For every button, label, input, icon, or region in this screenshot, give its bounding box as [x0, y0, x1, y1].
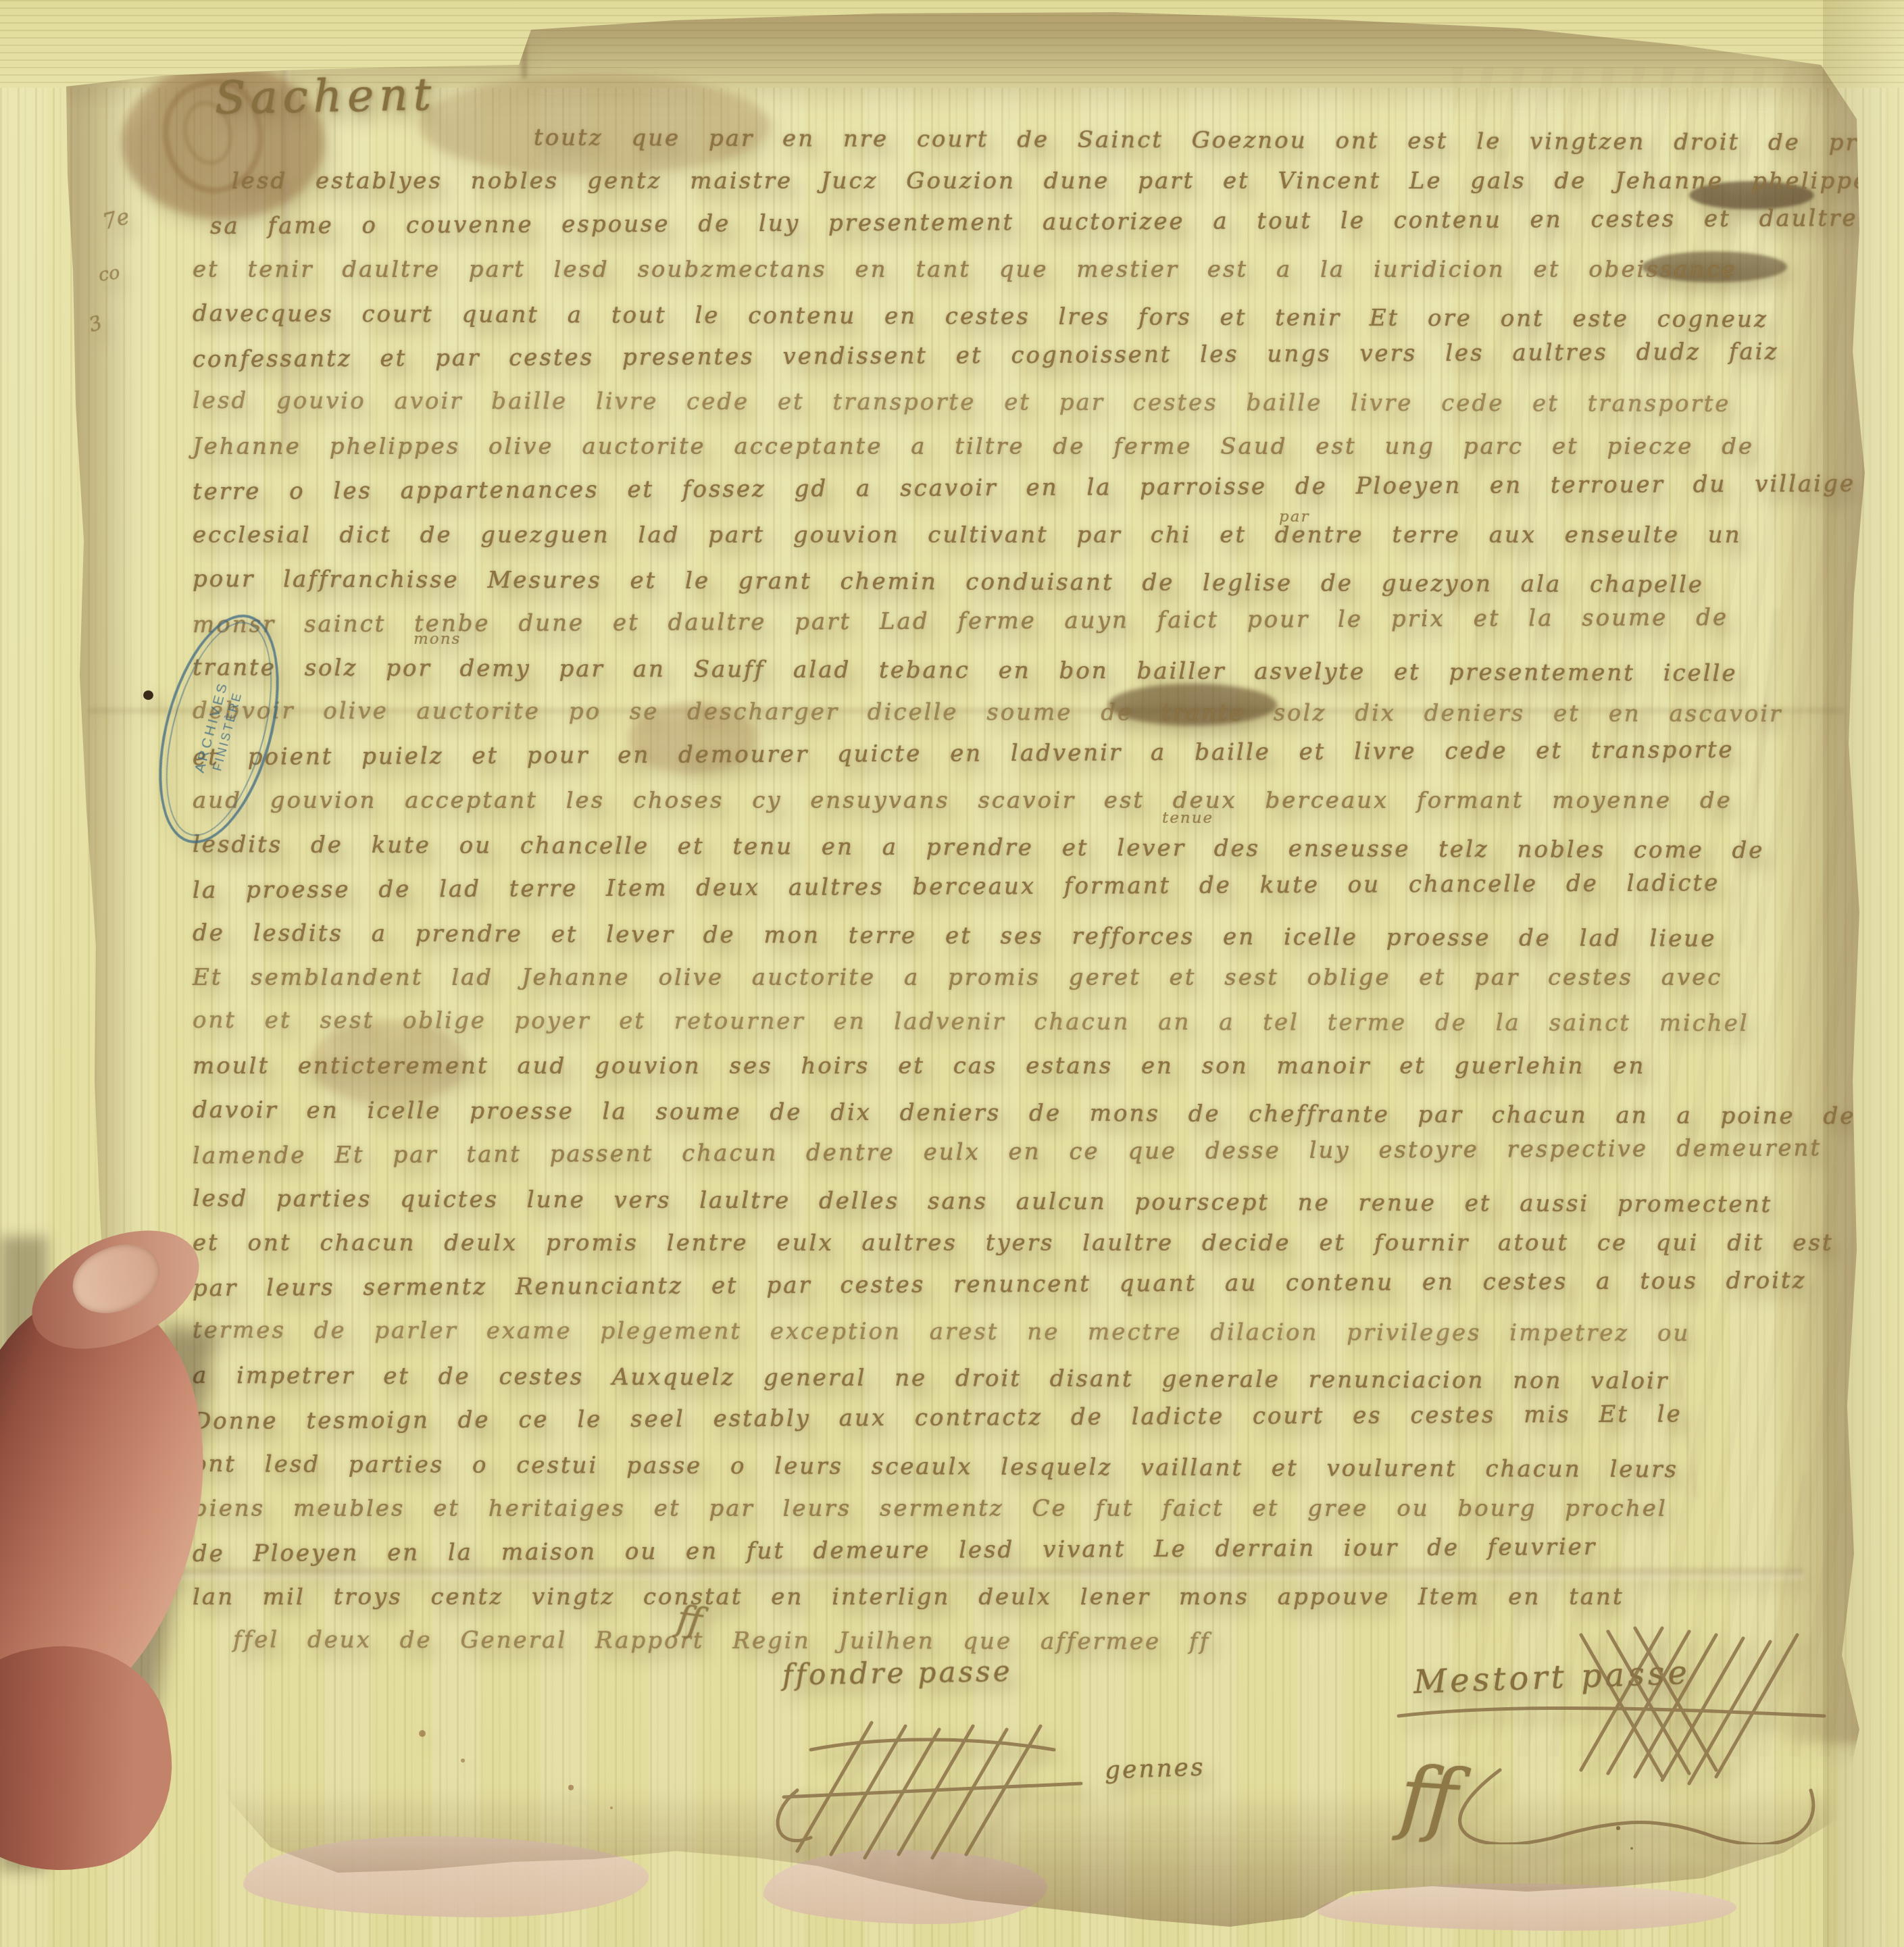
interlinear-insertion: tenue	[1162, 809, 1213, 827]
manuscript-body-text: toutz que par en nre court de Sainct Goe…	[193, 115, 1855, 1664]
manuscript-line: terre o les appartenances et fossez gd a…	[193, 462, 1855, 515]
manuscript-line: aud gouvion acceptant les choses cy ensu…	[193, 779, 1855, 824]
manuscript-line: confessantz et par cestes presentes vend…	[193, 329, 1855, 382]
ink-speck	[143, 690, 153, 700]
manuscript-line: lan mil troys centz vingtz constat en in…	[193, 1575, 1855, 1620]
manuscript-line: moult enticterement aud gouvion ses hoir…	[193, 1044, 1855, 1089]
margin-mark: co	[97, 262, 121, 286]
manuscript-line: sa fame o couvenne espouse de luy presen…	[193, 197, 1855, 249]
signature-right-paraph-flourish	[1378, 1615, 1838, 1844]
interlinear-insertion: par	[1279, 508, 1309, 526]
manuscript-line: et tenir daultre part lesd soubzmectans …	[193, 248, 1855, 293]
signature-left-name: ffondre passe	[782, 1654, 1013, 1692]
manuscript-line: lamende Et par tant passent chacun dentr…	[193, 1126, 1855, 1178]
margin-mark: 3	[86, 311, 105, 336]
manuscript-line: biens meubles et heritaiges et par leurs…	[193, 1487, 1855, 1532]
manuscript-line: Donne tesmoign de ce le seel estably aux…	[193, 1391, 1855, 1444]
manuscript-line: de Ploeyen en la maison ou en fut demeur…	[193, 1524, 1855, 1577]
manuscript-line: par leurs sermentz Renunciantz et par ce…	[193, 1259, 1855, 1311]
manuscript-line: lesd parties quictes lune vers laultre d…	[193, 1177, 1855, 1228]
signature-left-paraph-flourish	[770, 1709, 1149, 1865]
manuscript-line: de lesdits a prendre et lever de mon ter…	[193, 911, 1855, 962]
parchment-sheet: Sachent toutz que par en nre court de Sa…	[0, 0, 1904, 1947]
interlinear-insertion: mons	[414, 630, 461, 648]
manuscript-line: ont et sest oblige poyer et retourner en…	[193, 998, 1855, 1046]
manuscript-line: et ont chacun deulx promis lentre eulx a…	[193, 1221, 1855, 1266]
photograph-of-parchment-charter: Sachent toutz que par en nre court de Sa…	[0, 0, 1904, 1947]
manuscript-line: et poient puielz et pour en demourer qui…	[193, 728, 1855, 780]
manuscript-line: termes de parler exame plegement excepti…	[193, 1309, 1855, 1357]
manuscript-line: ecclesial dict de guezguen lad part gouv…	[193, 513, 1855, 558]
manuscript-line: Et semblandent lad Jehanne olive auctori…	[193, 956, 1855, 1001]
manuscript-line: trante solz por demy par an Sauff alad t…	[193, 646, 1855, 697]
margin-mark: 7e	[100, 203, 132, 234]
manuscript-line: Jehanne phelippes olive auctorite accept…	[193, 425, 1855, 470]
manuscript-line: la proesse de lad terre Item deux aultre…	[193, 860, 1855, 913]
manuscript-line: toutz que par en nre court de Sainct Goe…	[193, 115, 1855, 166]
manuscript-line: ont lesd parties o cestui passe o leurs …	[193, 1442, 1855, 1493]
manuscript-line: lesd establyes nobles gentz maistre Jucz…	[193, 159, 1855, 204]
manuscript-line: lesd gouvio avoir baille livre cede et t…	[193, 379, 1855, 427]
